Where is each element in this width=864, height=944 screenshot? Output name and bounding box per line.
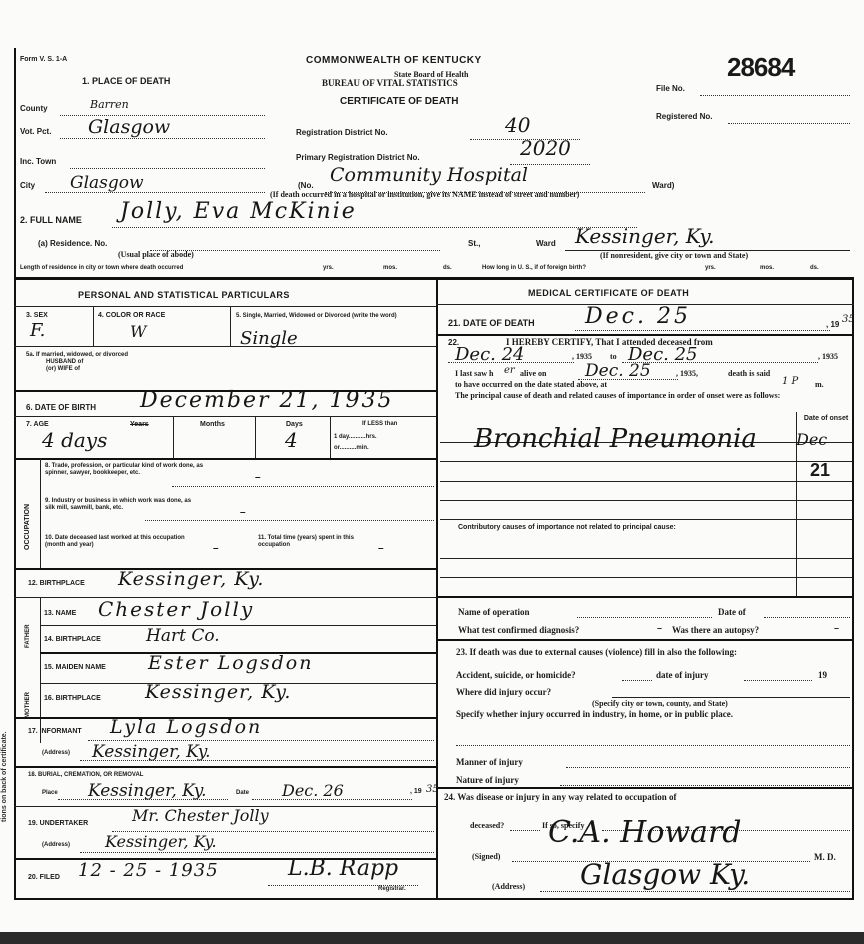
informant-label: 17. INFORMANT <box>28 728 82 735</box>
occ9-label: 9. Industry or business in which work wa… <box>45 498 195 512</box>
autopsy-label: Was there an autopsy? <box>672 625 759 635</box>
bottom-border <box>14 898 854 900</box>
filed-label: 20. FILED <box>28 874 60 881</box>
reg-district-label: Registration District No. <box>296 128 388 137</box>
contributory-label: Contributory causes of importance not re… <box>458 523 788 532</box>
scan-edge <box>0 932 864 944</box>
bureau-name: BUREAU OF VITAL STATISTICS <box>322 78 458 88</box>
test-label: What test confirmed diagnosis? <box>458 625 579 635</box>
occ11-label: 11. Total time (years) spent in this occ… <box>258 535 358 549</box>
left-border <box>14 48 16 900</box>
signed-label: (Signed) <box>472 852 500 861</box>
mother-side-label: MOTHER <box>25 692 31 718</box>
physician-address-value: Glasgow Ky. <box>580 858 750 891</box>
father-birthplace-label: 14. BIRTHPLACE <box>44 636 101 643</box>
where-injury-label: Where did injury occur? <box>456 687 551 697</box>
dod-value[interactable]: Dec. 25 <box>585 304 691 329</box>
sex-label: 3. SEX <box>26 312 48 319</box>
filed-value[interactable]: 12 - 25 - 1935 <box>78 860 219 881</box>
principal-cause-text: The principal cause of death and related… <box>455 391 855 400</box>
state-title: COMMONWEALTH OF KENTUCKY <box>306 55 482 66</box>
burial-date-value[interactable]: Dec. 26 <box>282 781 344 800</box>
death-certificate-page: Form V. S. 1-A 1. PLACE OF DEATH COMMONW… <box>0 0 864 944</box>
place-of-death-heading: 1. PLACE OF DEATH <box>82 76 170 86</box>
age-label: 7. AGE <box>26 421 49 428</box>
residence-value[interactable]: Kessinger, Ky. <box>575 224 714 248</box>
age-value[interactable]: 4 days <box>42 428 107 452</box>
abode-note: (Usual place of abode) <box>118 250 194 259</box>
father-birthplace-value[interactable]: Hart Co. <box>146 626 220 646</box>
mother-name-label: 15. MAIDEN NAME <box>44 664 106 671</box>
right-border <box>852 278 854 900</box>
dob-value[interactable]: December 21, 1935 <box>140 388 393 413</box>
primary-reg-label: Primary Registration District No. <box>296 153 420 162</box>
time-of-death[interactable]: 1 P <box>782 376 798 387</box>
personal-heading: PERSONAL AND STATISTICAL PARTICULARS <box>78 290 290 300</box>
medical-heading: MEDICAL CERTIFICATE OF DEATH <box>528 288 689 298</box>
file-no-label: File No. <box>656 84 685 93</box>
form-number: Form V. S. 1-A <box>20 56 67 63</box>
registered-no-label: Registered No. <box>656 112 712 121</box>
occupation-side-label: OCCUPATION <box>24 504 31 550</box>
informant-address-label: (Address) <box>42 750 70 756</box>
days-value[interactable]: 4 <box>285 428 298 452</box>
operation-label: Name of operation <box>458 607 530 617</box>
manner-label: Manner of injury <box>456 757 523 767</box>
mother-name-value[interactable]: Ester Logsdon <box>148 652 313 674</box>
how-long-in-us-label: How long in U. S., if of foreign birth? <box>482 265 586 271</box>
attended-from-value[interactable]: Dec. 24 <box>455 344 525 365</box>
dob-label: 6. DATE OF BIRTH <box>26 403 96 412</box>
nonresident-note: (If nonresident, give city or town and S… <box>600 251 748 260</box>
informant-value[interactable]: Lyla Logsdon <box>110 716 262 738</box>
city-label: City <box>20 181 35 190</box>
years-label: Years <box>130 421 149 428</box>
onset-label: Date of onset <box>802 415 850 423</box>
birthplace-label: 12. BIRTHPLACE <box>28 580 85 587</box>
race-label: 4. COLOR OR RACE <box>98 312 165 319</box>
ward-label-top: Ward) <box>652 181 674 190</box>
cause-of-death-value[interactable]: Bronchial Pneumonia <box>474 424 757 454</box>
burial-label: 18. BURIAL, CREMATION, OR REMOVAL <box>28 772 143 778</box>
onset-day-value[interactable]: 21 <box>810 460 830 481</box>
last-saw-date[interactable]: Dec. 25 <box>585 361 651 381</box>
race-value[interactable]: W <box>130 322 146 341</box>
spouse-label-1: 5a. If married, widowed, or divorced <box>26 352 128 358</box>
registrar-signature: L.B. Rapp <box>288 856 398 881</box>
certificate-number: 28684 <box>727 52 794 83</box>
onset-month-value[interactable]: Dec <box>796 430 827 449</box>
mother-birthplace-label: 16. BIRTHPLACE <box>44 695 101 702</box>
father-name-value[interactable]: Chester Jolly <box>98 597 254 621</box>
months-label: Months <box>200 421 225 428</box>
birthplace-value[interactable]: Kessinger, Ky. <box>118 568 264 590</box>
nature-label: Nature of injury <box>456 775 519 785</box>
undertaker-label: 19. UNDERTAKER <box>28 820 88 827</box>
full-name-label: 2. FULL NAME <box>20 215 82 225</box>
burial-place-value[interactable]: Kessinger, Ky. <box>88 781 207 801</box>
father-name-label: 13. NAME <box>44 610 76 617</box>
residence-ward-label: Ward <box>536 239 556 248</box>
top-section-divider <box>14 277 854 280</box>
full-name-value[interactable]: Jolly, Eva McKinie <box>120 199 357 224</box>
county-value[interactable]: Barren <box>90 98 129 111</box>
dod-label: 21. DATE OF DEATH <box>448 318 535 328</box>
undertaker-value[interactable]: Mr. Chester Jolly <box>132 806 269 825</box>
undertaker-address-label: (Address) <box>42 842 70 848</box>
hospital-note: (If death occurred in a hospital or inst… <box>270 190 579 199</box>
days-label: Days <box>286 421 303 428</box>
occupation-related-label: 24. Was disease or injury in any way rel… <box>444 792 677 802</box>
residence-st-label: St., <box>468 239 480 248</box>
father-side-label: FATHER <box>25 624 31 648</box>
mother-birthplace-value[interactable]: Kessinger, Ky. <box>145 681 291 703</box>
dod-year[interactable]: 35 <box>842 314 855 325</box>
city-value[interactable]: Glasgow <box>70 173 144 193</box>
undertaker-address-value[interactable]: Kessinger, Ky. <box>105 832 217 851</box>
no-label: (No. <box>298 181 314 190</box>
certificate-title: CERTIFICATE OF DEATH <box>340 96 459 107</box>
informant-address-value[interactable]: Kessinger, Ky. <box>92 742 211 762</box>
length-of-residence-label: Length of residence in city or town wher… <box>20 265 183 271</box>
margin-note: tions on back of certificate. <box>1 731 8 822</box>
county-label: County <box>20 104 48 113</box>
vot-pct-label: Vot. Pct. <box>20 127 51 136</box>
residence-label: (a) Residence. No. <box>38 239 107 248</box>
physician-signature: C.A. Howard <box>548 815 742 850</box>
primary-reg-value[interactable]: 2020 <box>520 136 571 160</box>
physician-address-label: (Address) <box>492 882 525 891</box>
occ10-label: 10. Date deceased last worked at this oc… <box>45 535 195 549</box>
vot-pct-value[interactable]: Glasgow <box>88 116 170 138</box>
specify-label: Specify whether injury occurred in indus… <box>456 710 852 719</box>
external-causes-label: 23. If death was due to external causes … <box>456 648 852 657</box>
sex-value[interactable]: F. <box>30 320 45 341</box>
occ8-label: 8. Trade, profession, or particular kind… <box>45 463 205 477</box>
marital-label: 5. Single, Married, Widowed or Divorced … <box>236 312 426 320</box>
accident-label: Accident, suicide, or homicide? <box>456 670 576 680</box>
center-divider <box>436 278 438 900</box>
hospital-name-value[interactable]: Community Hospital <box>330 164 528 186</box>
inc-town-label: Inc. Town <box>20 157 56 166</box>
reg-district-value[interactable]: 40 <box>505 113 530 137</box>
